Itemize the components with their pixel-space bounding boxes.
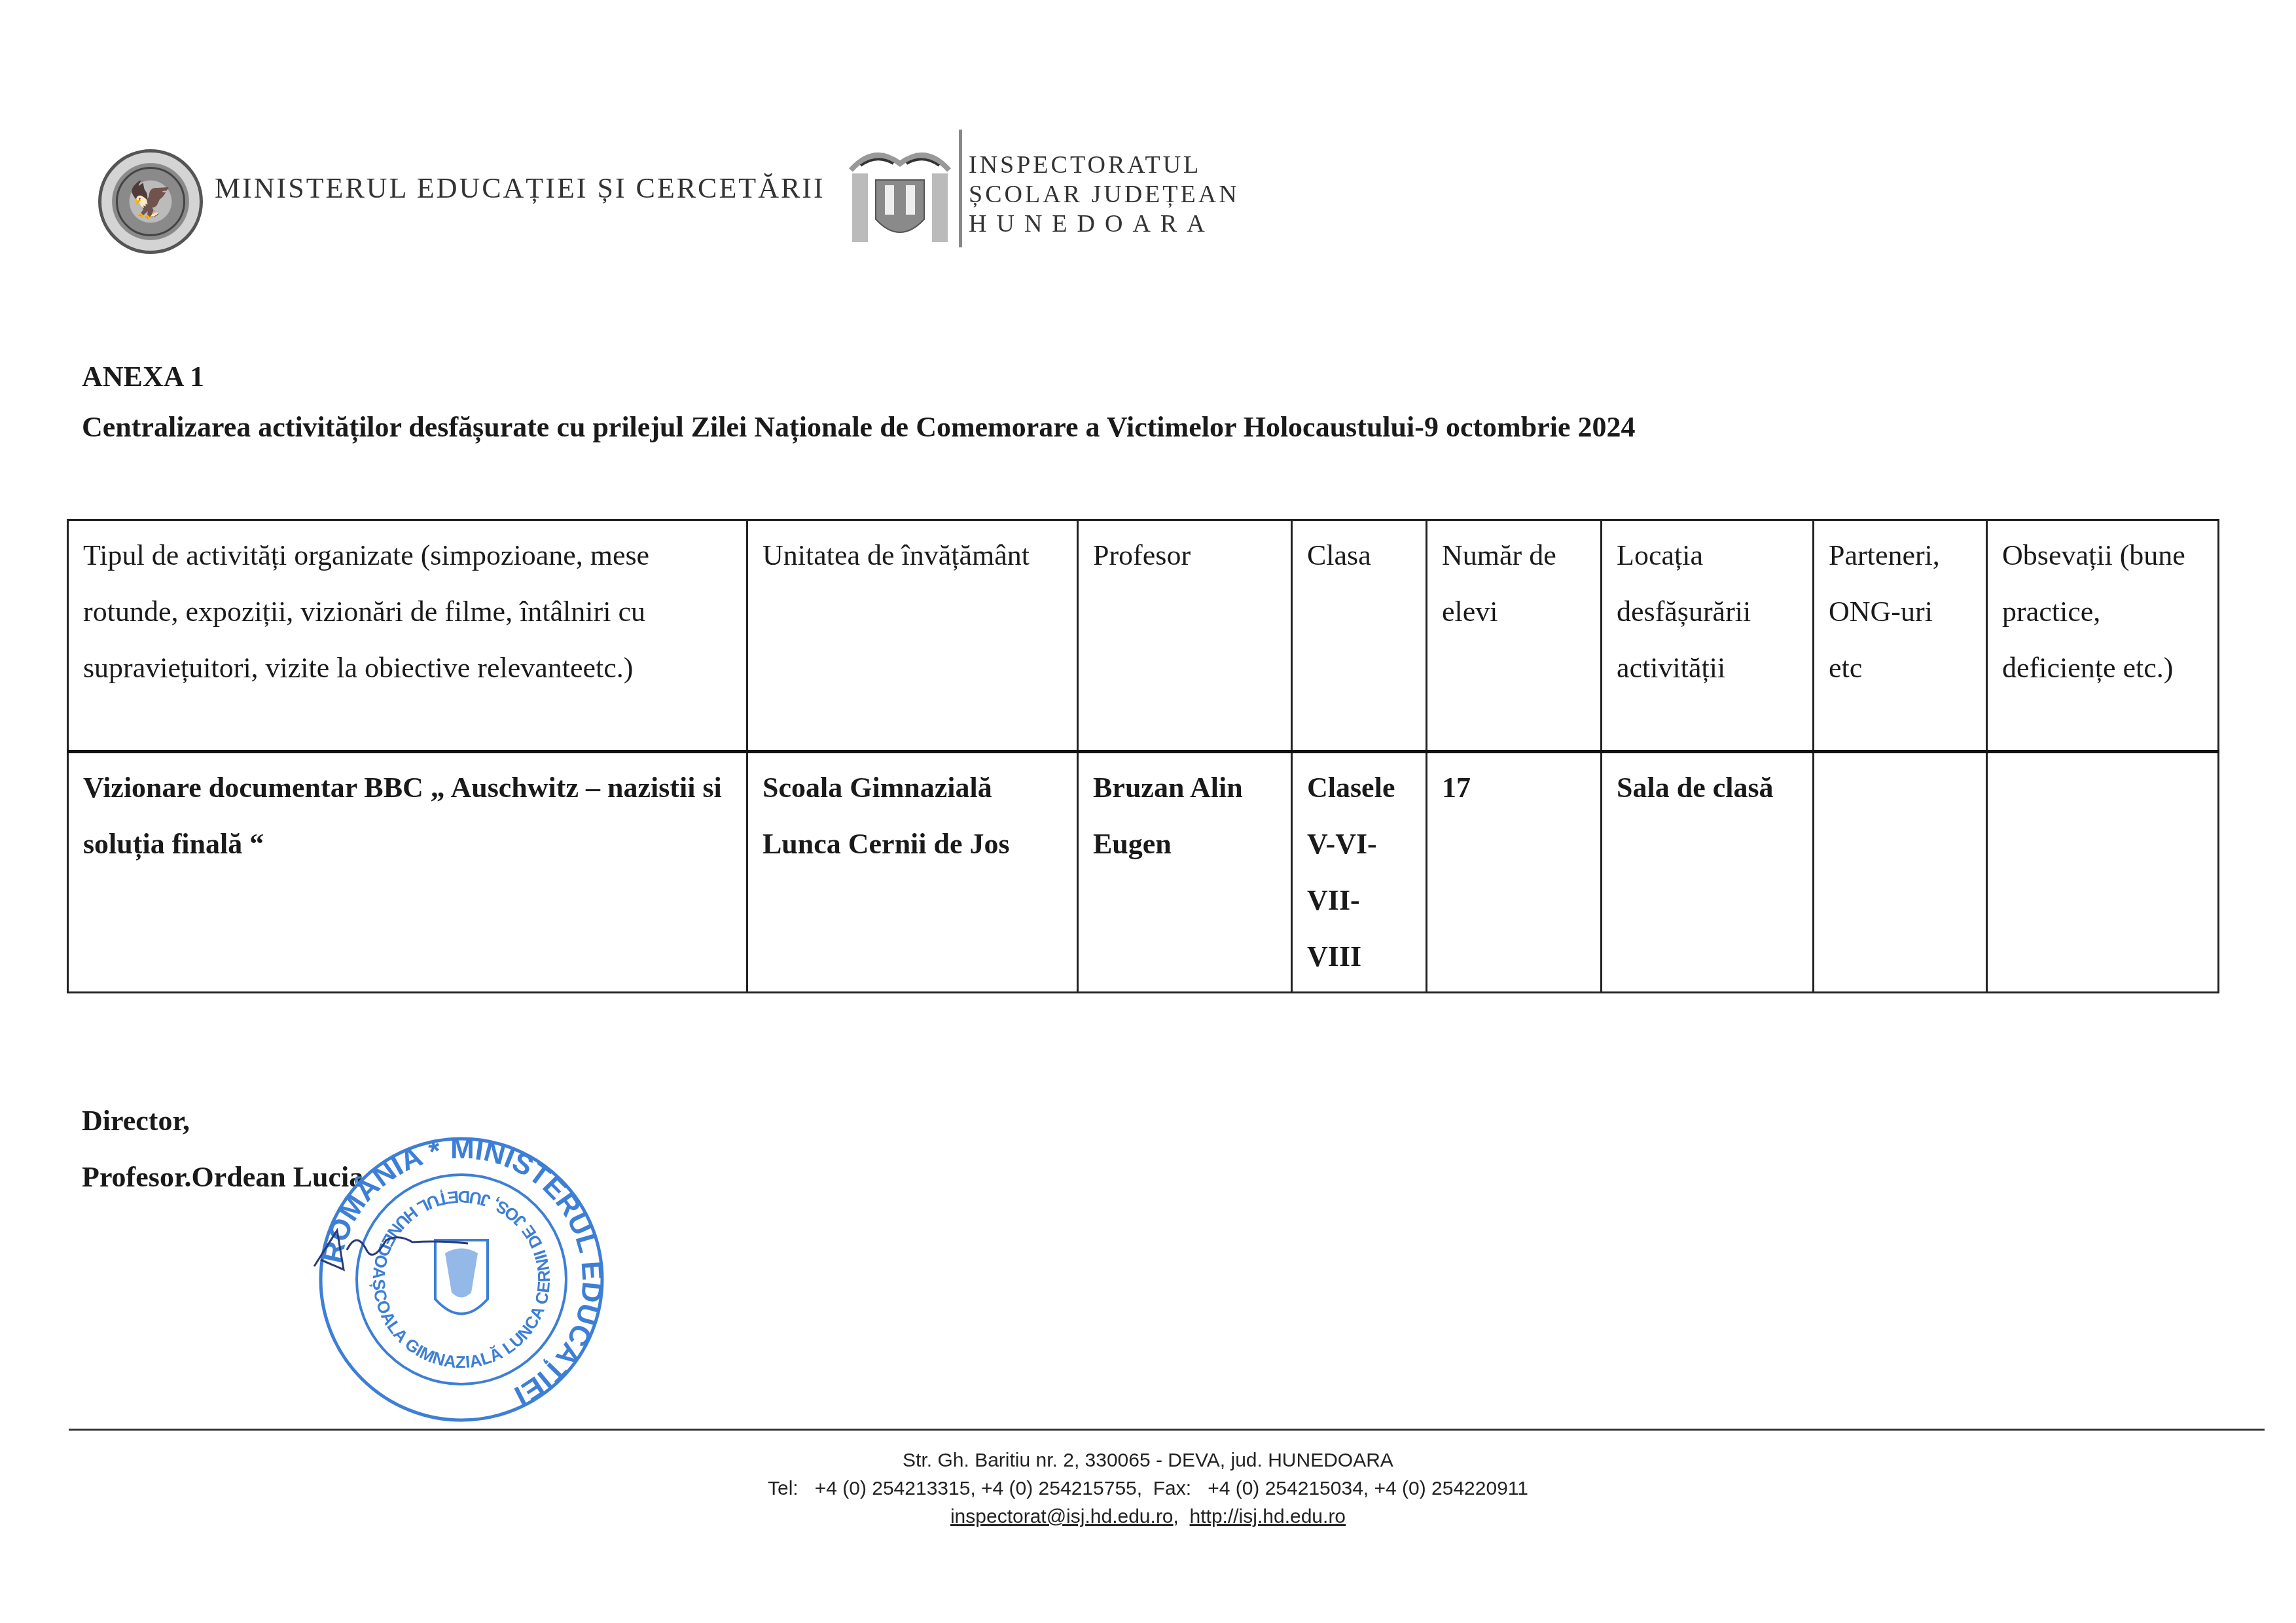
column-header-school-unit: Unitatea de învățământ [747, 520, 1078, 752]
isj-line-1: INSPECTORATUL [969, 151, 1240, 180]
eagle-icon: 🦅 [128, 180, 172, 221]
footer-phones: Tel: +4 (0) 254213315, +4 (0) 254215755,… [0, 1474, 2296, 1503]
isj-name: INSPECTORATUL ȘCOLAR JUDEȚEAN HUNEDOARA [969, 151, 1240, 239]
column-header-observations: Obsevații (bune practice, deficiențe etc… [1987, 520, 2219, 752]
isj-arch-logo [844, 134, 956, 249]
cell-teacher: Bruzan Alin Eugen [1078, 752, 1292, 993]
handwritten-signature [308, 1204, 471, 1283]
cell-observations [1987, 752, 2219, 993]
activities-table: Tipul de activități organizate (simpozio… [67, 519, 2219, 993]
cell-location: Sala de clasă [1602, 752, 1814, 993]
column-header-class: Clasa [1292, 520, 1427, 752]
annex-label: ANEXA 1 [82, 360, 204, 393]
isj-line-2: ȘCOLAR JUDEȚEAN [969, 180, 1240, 209]
column-header-teacher: Profesor [1078, 520, 1292, 752]
document-title: Centralizarea activităților desfășurate … [82, 410, 1636, 444]
column-header-student-count: Număr de elevi [1427, 520, 1602, 752]
cell-school-unit: Scoala Gimnazială Lunca Cernii de Jos [747, 752, 1078, 993]
ministry-name: MINISTERUL EDUCAȚIEI ȘI CERCETĂRII [215, 171, 825, 205]
government-seal-logo: 🦅 [98, 149, 203, 254]
isj-line-3: HUNEDOARA [969, 209, 1240, 239]
website-link[interactable]: http://isj.hd.edu.ro [1190, 1506, 1346, 1527]
footer-contact: Str. Gh. Baritiu nr. 2, 330065 - DEVA, j… [0, 1446, 2296, 1531]
footer-divider [69, 1429, 2265, 1431]
cell-activity: Vizionare documentar BBC „ Auschwitz – n… [68, 752, 747, 993]
column-header-activity-type: Tipul de activități organizate (simpozio… [68, 520, 747, 752]
column-header-partners: Parteneri, ONG-uri etc [1814, 520, 1987, 752]
cell-class: Clasele V-VI-VII-VIII [1292, 752, 1427, 993]
footer-address: Str. Gh. Baritiu nr. 2, 330065 - DEVA, j… [0, 1446, 2296, 1474]
cell-partners [1814, 752, 1987, 993]
cell-student-count: 17 [1427, 752, 1602, 993]
table-row: Vizionare documentar BBC „ Auschwitz – n… [68, 752, 2219, 993]
email-link[interactable]: inspectorat@isj.hd.edu.ro [950, 1506, 1174, 1527]
footer-links: inspectorat@isj.hd.edu.ro, http://isj.hd… [0, 1503, 2296, 1531]
link-separator: , [1174, 1506, 1190, 1527]
header-separator [959, 130, 962, 247]
column-header-location: Locația desfășurării activității [1602, 520, 1814, 752]
table-header-row: Tipul de activități organizate (simpozio… [68, 520, 2219, 752]
